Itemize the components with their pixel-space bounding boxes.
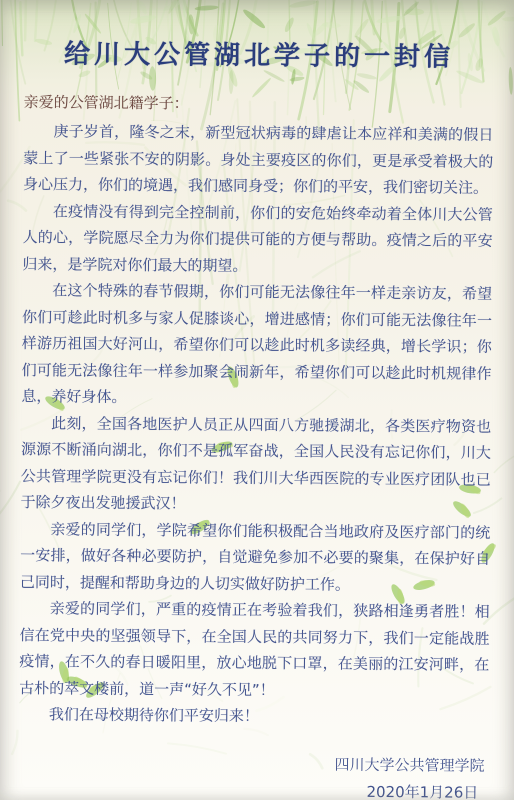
letter-title: 给川大公管湖北学子的一封信: [24, 34, 494, 78]
letter-paragraph-1: 庚子岁首，隆冬之末，新型冠状病毒的肆虐让本应祥和美满的假日蒙上了一些紧张不安的阴…: [23, 118, 494, 201]
letter-paragraph-2: 在疫情没有得到完全控制前，你们的安危始终牵动着全体川大公管人的心，学院愿尽全力为…: [22, 198, 493, 281]
letter-content: 给川大公管湖北学子的一封信 亲爱的公管湖北籍学子： 庚子岁首，隆冬之末，新型冠状…: [0, 0, 514, 800]
letter-paragraph-6: 亲爱的同学们，严重的疫情正在考验着我们，狭路相逢勇者胜！相信在党中央的坚强领导下…: [19, 595, 490, 705]
letter-page: 给川大公管湖北学子的一封信 亲爱的公管湖北籍学子： 庚子岁首，隆冬之末，新型冠状…: [0, 0, 514, 800]
letter-date: 2020年1月26日: [18, 777, 478, 800]
letter-salutation: 亲爱的公管湖北籍学子：: [24, 90, 494, 118]
letter-paragraph-4: 此刻，全国各地医护人员正从四面八方驰援湖北，各类医疗物资也源源不断涌向湖北，你们…: [20, 410, 491, 520]
letter-paragraph-7: 我们在母校期待你们平安归来！: [19, 701, 489, 731]
letter-paragraph-3: 在这个特殊的春节假期，你们可能无法像往年一样走亲访友，希望你们可趁此时机多与家人…: [21, 277, 492, 413]
letter-paragraph-5: 亲爱的同学们，学院希望你们能积极配合当地政府及医疗部门的统一安排，做好各种必要防…: [20, 516, 491, 599]
letter-signature: 四川大学公共管理学院: [18, 750, 484, 778]
